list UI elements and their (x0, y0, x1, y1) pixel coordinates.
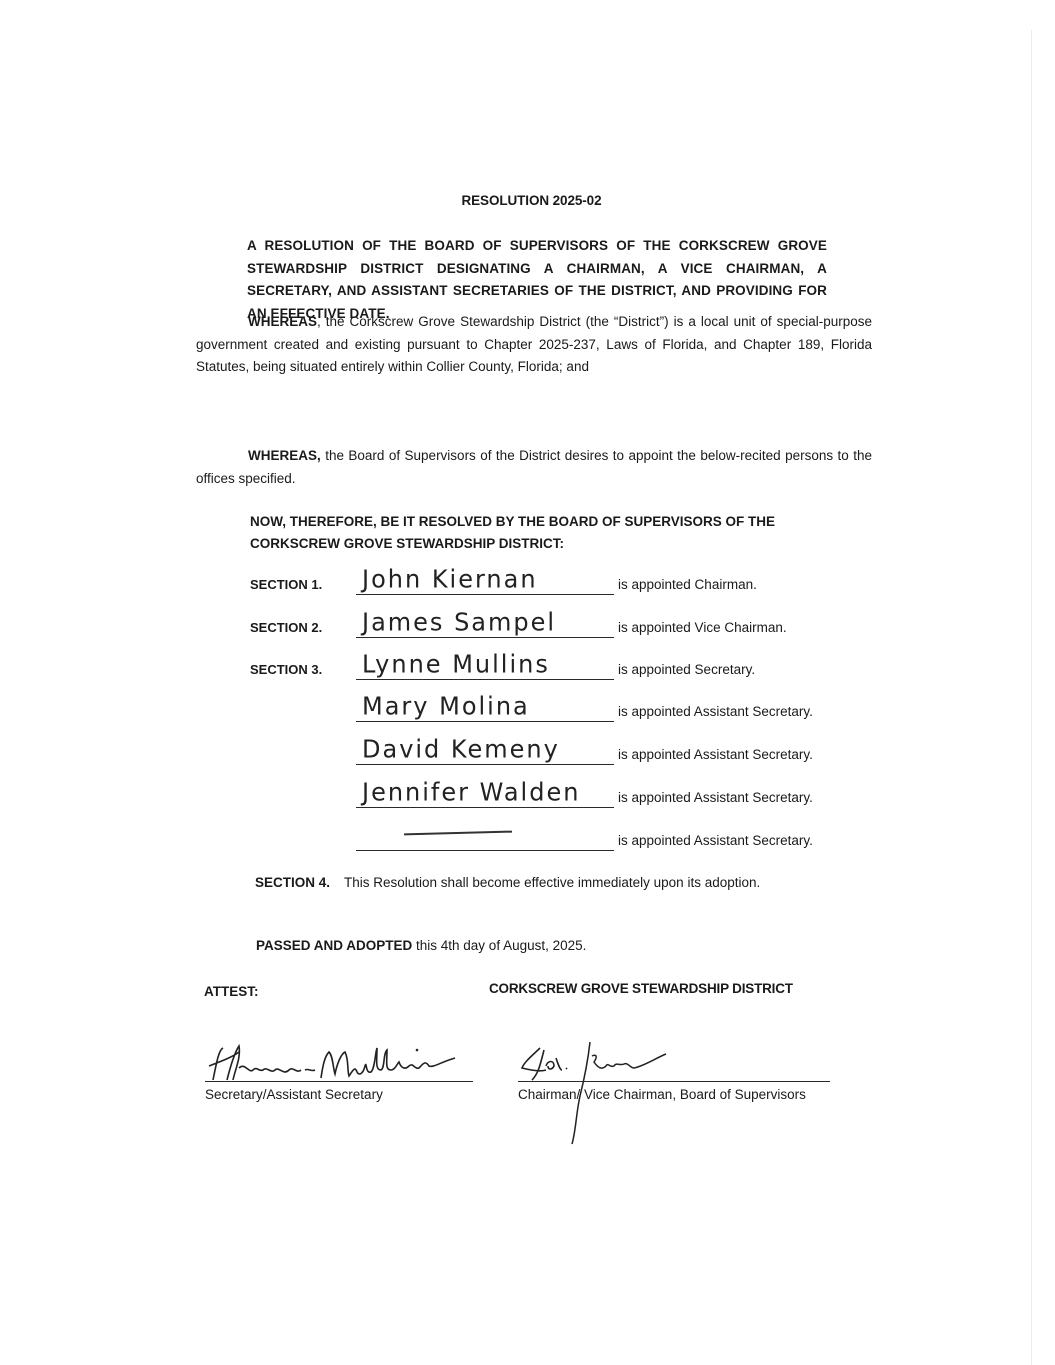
name-blank: James Sampel (356, 605, 614, 638)
handwritten-name: James Sampel (362, 608, 556, 637)
handwritten-name: David Kemeny (362, 735, 560, 764)
name-blank: John Kiernan (356, 562, 614, 595)
section-label: SECTION 3. (250, 662, 322, 677)
appointment-row: David Kemeny is appointed Assistant Secr… (250, 734, 870, 768)
section-label: SECTION 1. (250, 577, 322, 592)
passed-lead: PASSED AND ADOPTED (256, 938, 412, 953)
resolved-clause: NOW, THEREFORE, BE IT RESOLVED BY THE BO… (250, 511, 830, 555)
appointment-row: is appointed Assistant Secretary. (250, 820, 870, 854)
office-text: is appointed Assistant Secretary. (618, 790, 813, 805)
signature-line (518, 1081, 830, 1082)
name-blank: Lynne Mullins (356, 647, 614, 680)
appointment-row: Mary Molina is appointed Assistant Secre… (250, 691, 870, 725)
whereas-paragraph-1: WHEREAS, the Corkscrew Grove Stewardship… (196, 311, 872, 379)
section-label: SECTION 2. (250, 620, 322, 635)
appointment-row: SECTION 2. James Sampel is appointed Vic… (250, 607, 870, 641)
handwritten-dash (404, 831, 512, 836)
section-4: SECTION 4.This Resolution shall become e… (255, 875, 760, 890)
appointment-row: SECTION 3. Lynne Mullins is appointed Se… (250, 649, 870, 683)
appointment-row: SECTION 1. John Kiernan is appointed Cha… (250, 564, 870, 598)
secretary-signature-block: Secretary/Assistant Secretary (205, 1040, 473, 1110)
section-label: SECTION 4. (255, 875, 330, 890)
whereas-lead: WHEREAS, (248, 448, 321, 463)
office-text: is appointed Chairman. (618, 577, 757, 592)
office-text: is appointed Assistant Secretary. (618, 704, 813, 719)
office-text: is appointed Assistant Secretary. (618, 747, 813, 762)
name-blank: Jennifer Walden (356, 775, 614, 808)
signature-caption: Chairman/ Vice Chairman, Board of Superv… (518, 1087, 806, 1102)
section-4-text: This Resolution shall become effective i… (344, 875, 760, 890)
name-blank: Mary Molina (356, 689, 614, 722)
district-label: CORKSCREW GROVE STEWARDSHIP DISTRICT (489, 981, 793, 996)
office-text: is appointed Assistant Secretary. (618, 833, 813, 848)
office-text: is appointed Secretary. (618, 662, 755, 677)
handwritten-name: Mary Molina (362, 692, 530, 721)
document-title: RESOLUTION 2025-02 (0, 193, 1055, 208)
signature-caption: Secretary/Assistant Secretary (205, 1087, 383, 1102)
handwritten-name: Jennifer Walden (362, 778, 580, 807)
attest-label: ATTEST: (204, 984, 259, 999)
name-blank (356, 818, 614, 851)
whereas-paragraph-2: WHEREAS, the Board of Supervisors of the… (196, 445, 872, 490)
name-blank: David Kemeny (356, 732, 614, 765)
handwritten-name: John Kiernan (362, 565, 538, 594)
chairman-signature-block: Chairman/ Vice Chairman, Board of Superv… (518, 1040, 830, 1150)
secretary-signature (205, 1040, 475, 1090)
passed-and-adopted: PASSED AND ADOPTED this 4th day of Augus… (256, 938, 586, 953)
whereas-lead: WHEREAS (248, 314, 317, 329)
handwritten-name: Lynne Mullins (362, 650, 550, 679)
appointment-row: Jennifer Walden is appointed Assistant S… (250, 777, 870, 811)
scan-edge-line (1031, 30, 1032, 1365)
office-text: is appointed Vice Chairman. (618, 620, 787, 635)
signature-line (205, 1081, 473, 1082)
passed-text: this 4th day of August, 2025. (412, 938, 586, 953)
